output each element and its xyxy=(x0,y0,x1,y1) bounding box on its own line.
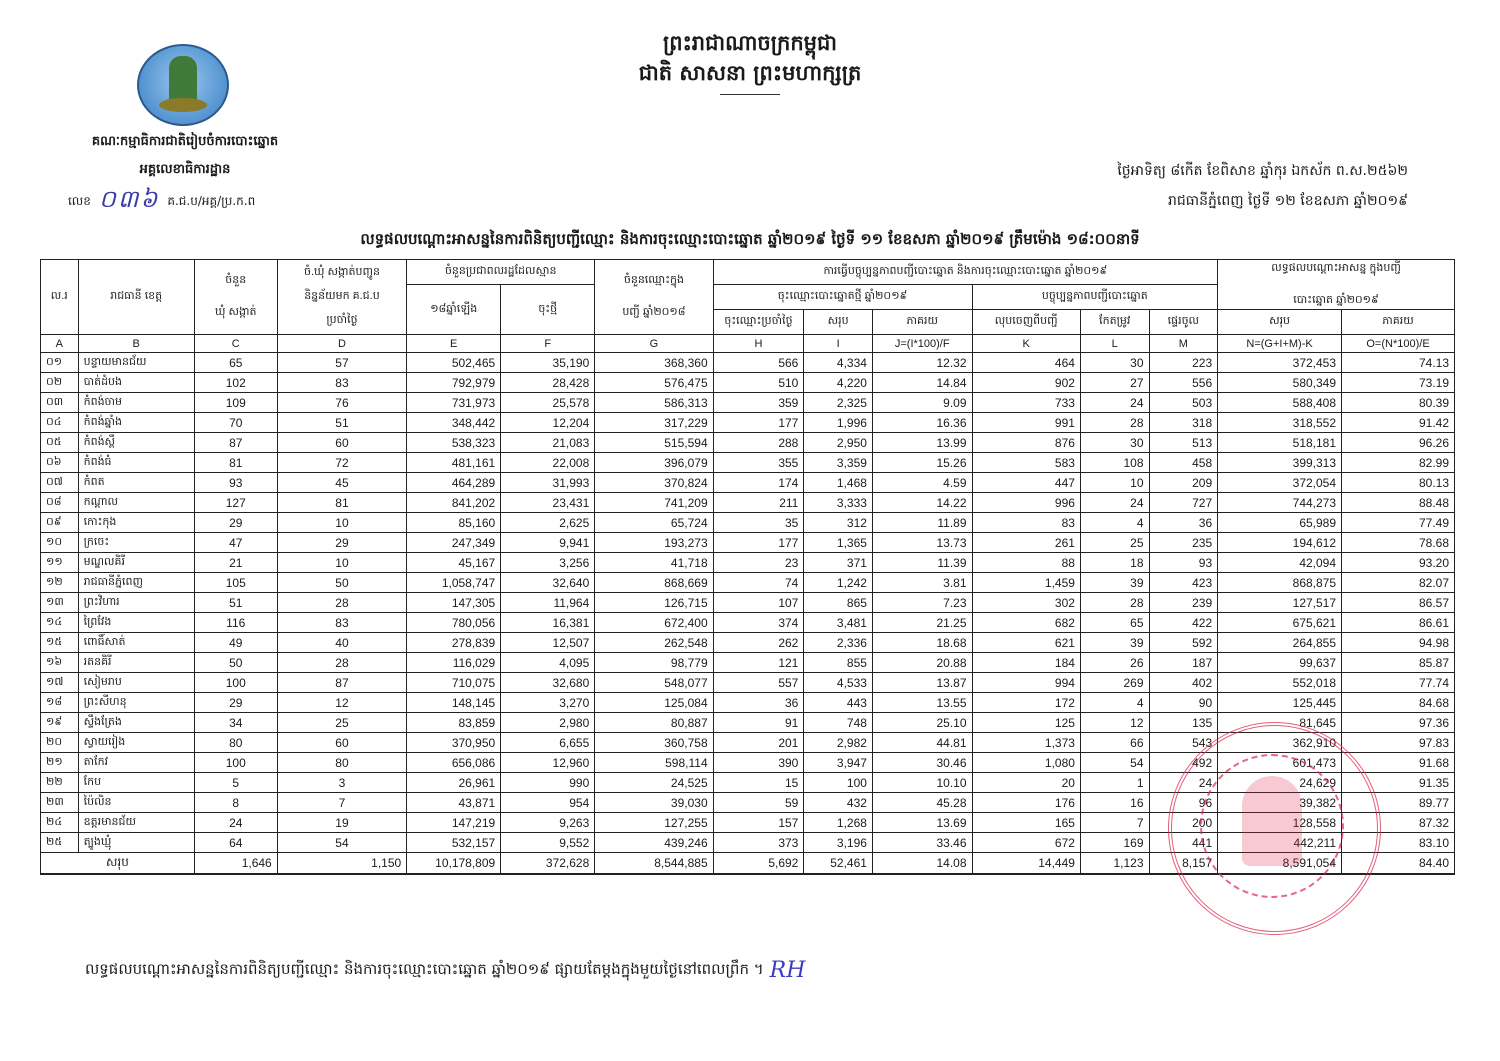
row-number: ១៣ xyxy=(41,593,79,613)
cell-i: 312 xyxy=(804,513,873,533)
cell-n: 362,910 xyxy=(1218,733,1342,753)
cell-l: 27 xyxy=(1080,373,1149,393)
cell-e: 532,157 xyxy=(407,833,501,853)
cell-h: 157 xyxy=(713,813,804,833)
cell-o: 80.39 xyxy=(1342,393,1455,413)
cell-g: 370,824 xyxy=(595,473,713,493)
cell-l: 169 xyxy=(1080,833,1149,853)
cell-m: 492 xyxy=(1149,753,1218,773)
cell-i: 1,365 xyxy=(804,533,873,553)
cell-n: 868,875 xyxy=(1218,573,1342,593)
cell-k: 583 xyxy=(972,453,1080,473)
cell-e: 1,058,747 xyxy=(407,573,501,593)
cell-h: 177 xyxy=(713,413,804,433)
total-j: 14.08 xyxy=(872,853,972,875)
table-row: ០២បាត់ដំបង10283792,97928,428576,4755104,… xyxy=(41,373,1455,393)
cell-i: 748 xyxy=(804,713,873,733)
cell-c: 24 xyxy=(194,813,277,833)
cell-d: 87 xyxy=(277,673,406,693)
table-row: ១៦រតនគិរី5028116,0294,09598,77912185520.… xyxy=(41,653,1455,673)
cell-k: 464 xyxy=(972,353,1080,373)
row-number: ០៨ xyxy=(41,493,79,513)
cell-i: 4,220 xyxy=(804,373,873,393)
cell-d: 28 xyxy=(277,653,406,673)
row-number: ០៦ xyxy=(41,453,79,473)
cell-k: 184 xyxy=(972,653,1080,673)
cell-f: 9,941 xyxy=(501,533,595,553)
cell-e: 348,442 xyxy=(407,413,501,433)
cell-d: 45 xyxy=(277,473,406,493)
cell-j: 7.23 xyxy=(872,593,972,613)
header-population-group: ចំនួនប្រជាពលរដ្ឋដែលស្មាន xyxy=(407,260,595,285)
table-row: ០៥កំពង់ស្ពឺ8760538,32321,083515,5942882,… xyxy=(41,433,1455,453)
column-letter: A xyxy=(41,335,79,353)
cell-c: 100 xyxy=(194,753,277,773)
cell-h: 390 xyxy=(713,753,804,773)
cell-f: 32,640 xyxy=(501,573,595,593)
row-number: ០១ xyxy=(41,353,79,373)
cell-j: 44.81 xyxy=(872,733,972,753)
cell-i: 3,947 xyxy=(804,753,873,773)
header-percent: ភាគរយ xyxy=(872,310,972,335)
total-row: សរុប 1,646 1,150 10,178,809 372,628 8,54… xyxy=(41,853,1455,875)
cell-f: 954 xyxy=(501,793,595,813)
cell-k: 20 xyxy=(972,773,1080,793)
cell-f: 32,680 xyxy=(501,673,595,693)
province-name: កំពង់ឆ្នាំង xyxy=(78,413,194,433)
cell-g: 396,079 xyxy=(595,453,713,473)
cell-l: 28 xyxy=(1080,413,1149,433)
cell-l: 108 xyxy=(1080,453,1149,473)
cell-f: 3,256 xyxy=(501,553,595,573)
ornament-divider xyxy=(720,94,780,95)
cell-h: 262 xyxy=(713,633,804,653)
footer-note: លទ្ធផលបណ្ដោះអាសន្ននៃការពិនិត្យបញ្ជីឈ្មោះ… xyxy=(85,958,805,983)
cell-d: 10 xyxy=(277,513,406,533)
cell-e: 502,465 xyxy=(407,353,501,373)
table-row: ០៩កោះកុង291085,1602,62565,7243531211.898… xyxy=(41,513,1455,533)
province-name: ព្រះសីហនុ xyxy=(78,693,194,713)
header-total: សរុប xyxy=(804,310,873,335)
row-number: ០៥ xyxy=(41,433,79,453)
cell-m: 36 xyxy=(1149,513,1218,533)
cell-f: 12,960 xyxy=(501,753,595,773)
cell-i: 1,268 xyxy=(804,813,873,833)
total-o: 84.40 xyxy=(1342,853,1455,875)
cell-k: 176 xyxy=(972,793,1080,813)
cell-e: 278,839 xyxy=(407,633,501,653)
cell-h: 355 xyxy=(713,453,804,473)
province-name: តាកែវ xyxy=(78,753,194,773)
cell-o: 77.49 xyxy=(1342,513,1455,533)
row-number: ១៦ xyxy=(41,653,79,673)
cell-n: 194,612 xyxy=(1218,533,1342,553)
cell-i: 865 xyxy=(804,593,873,613)
table-body: ០១បន្ទាយមានជ័យ6557502,46535,190368,36056… xyxy=(41,353,1455,853)
column-letter: M xyxy=(1149,335,1218,353)
province-name: មណ្ឌលគិរី xyxy=(78,553,194,573)
cell-o: 91.42 xyxy=(1342,413,1455,433)
cell-o: 88.48 xyxy=(1342,493,1455,513)
cell-n: 518,181 xyxy=(1218,433,1342,453)
cell-c: 80 xyxy=(194,733,277,753)
cell-n: 372,054 xyxy=(1218,473,1342,493)
cell-m: 318 xyxy=(1149,413,1218,433)
cell-f: 12,507 xyxy=(501,633,595,653)
cell-e: 45,167 xyxy=(407,553,501,573)
cell-g: 80,887 xyxy=(595,713,713,733)
cell-m: 223 xyxy=(1149,353,1218,373)
header-daily: ចុះឈ្មោះប្រចាំថ្ងៃ xyxy=(713,310,804,335)
cell-o: 86.57 xyxy=(1342,593,1455,613)
ref-handwritten-number: ០៣៦ xyxy=(99,184,160,219)
cell-c: 50 xyxy=(194,653,277,673)
cell-f: 4,095 xyxy=(501,653,595,673)
cell-j: 14.84 xyxy=(872,373,972,393)
cell-f: 2,980 xyxy=(501,713,595,733)
cell-i: 2,982 xyxy=(804,733,873,753)
cell-n: 372,453 xyxy=(1218,353,1342,373)
cell-c: 47 xyxy=(194,533,277,553)
province-name: ឧត្តរមានជ័យ xyxy=(78,813,194,833)
cell-d: 10 xyxy=(277,553,406,573)
cell-l: 25 xyxy=(1080,533,1149,553)
cell-e: 731,973 xyxy=(407,393,501,413)
footer-note-text: លទ្ធផលបណ្ដោះអាសន្ននៃការពិនិត្យបញ្ជីឈ្មោះ… xyxy=(85,960,764,982)
cell-c: 29 xyxy=(194,513,277,533)
cell-g: 127,255 xyxy=(595,813,713,833)
table-row: ១១មណ្ឌលគិរី211045,1673,25641,7182337111.… xyxy=(41,553,1455,573)
ref-prefix: លេខ xyxy=(68,193,91,211)
cell-k: 302 xyxy=(972,593,1080,613)
cell-o: 83.10 xyxy=(1342,833,1455,853)
province-name: ព្រះវិហារ xyxy=(78,593,194,613)
cell-j: 12.32 xyxy=(872,353,972,373)
cell-d: 3 xyxy=(277,773,406,793)
cell-f: 35,190 xyxy=(501,353,595,373)
cell-c: 81 xyxy=(194,453,277,473)
province-name: ត្បូងឃ្មុំ xyxy=(78,833,194,853)
cell-g: 125,084 xyxy=(595,693,713,713)
header-reported-communes: ចំ.ឃុំ សង្កាត់បញ្ជូននិន្នន័យមក គ.ជ.បប្រច… xyxy=(277,260,406,335)
cell-h: 15 xyxy=(713,773,804,793)
cell-m: 441 xyxy=(1149,833,1218,853)
column-letter: D xyxy=(277,335,406,353)
cell-m: 543 xyxy=(1149,733,1218,753)
cell-n: 744,273 xyxy=(1218,493,1342,513)
cell-l: 4 xyxy=(1080,693,1149,713)
cell-h: 557 xyxy=(713,673,804,693)
cell-l: 1 xyxy=(1080,773,1149,793)
cell-e: 83,859 xyxy=(407,713,501,733)
cell-d: 83 xyxy=(277,373,406,393)
column-letter: N=(G+I+M)-K xyxy=(1218,335,1342,353)
cell-n: 318,552 xyxy=(1218,413,1342,433)
header-deleted: លុបចេញពីបញ្ជី xyxy=(972,310,1080,335)
cell-g: 586,313 xyxy=(595,393,713,413)
total-h: 5,692 xyxy=(713,853,804,875)
cell-k: 682 xyxy=(972,613,1080,633)
cell-o: 85.87 xyxy=(1342,653,1455,673)
cell-g: 24,525 xyxy=(595,773,713,793)
kingdom-line-2: ជាតិ សាសនា ព្រះមហាក្សត្រ xyxy=(500,58,1000,88)
cell-i: 1,468 xyxy=(804,473,873,493)
cell-j: 21.25 xyxy=(872,613,972,633)
table-row: ២៣ប៉ៃលិន8743,87195439,0305943245.2817616… xyxy=(41,793,1455,813)
column-letter: F xyxy=(501,335,595,353)
cell-h: 35 xyxy=(713,513,804,533)
row-number: ០២ xyxy=(41,373,79,393)
cell-i: 1,996 xyxy=(804,413,873,433)
cell-m: 423 xyxy=(1149,573,1218,593)
cell-e: 538,323 xyxy=(407,433,501,453)
table-row: ១៩ស្ទឹងត្រែង342583,8592,98080,8879174825… xyxy=(41,713,1455,733)
column-letter: O=(N*100)/E xyxy=(1342,335,1455,353)
cell-e: 464,289 xyxy=(407,473,501,493)
cell-f: 25,578 xyxy=(501,393,595,413)
total-c: 1,646 xyxy=(194,853,277,875)
cell-j: 25.10 xyxy=(872,713,972,733)
date-block: ថ្ងៃអាទិត្យ ៨កើត ខែពិសាខ ឆ្នាំកុរ ឯកស័ក … xyxy=(1117,156,1408,216)
cell-l: 16 xyxy=(1080,793,1149,813)
total-f: 372,628 xyxy=(501,853,595,875)
province-name: កំពង់ធំ xyxy=(78,453,194,473)
total-n: 8,591,054 xyxy=(1218,853,1342,875)
column-letter-row: ABCDEFGHIJ=(I*100)/FKLMN=(G+I+M)-KO=(N*1… xyxy=(41,335,1455,353)
cell-g: 868,669 xyxy=(595,573,713,593)
row-number: ១២ xyxy=(41,573,79,593)
header-list-update-group: បច្ចុប្បន្នភាពបញ្ជីបោះឆ្នោត xyxy=(972,285,1218,310)
province-name: ព្រៃវែង xyxy=(78,613,194,633)
cell-d: 83 xyxy=(277,613,406,633)
province-name: បន្ទាយមានជ័យ xyxy=(78,353,194,373)
cell-m: 90 xyxy=(1149,693,1218,713)
cell-j: 3.81 xyxy=(872,573,972,593)
header-pop-new: ចុះថ្មី xyxy=(501,285,595,335)
table-row: ០៣កំពង់ចាម10976731,97325,578586,3133592,… xyxy=(41,393,1455,413)
column-letter: L xyxy=(1080,335,1149,353)
cell-o: 91.68 xyxy=(1342,753,1455,773)
cell-m: 458 xyxy=(1149,453,1218,473)
column-letter: C xyxy=(194,335,277,353)
cell-m: 556 xyxy=(1149,373,1218,393)
cell-o: 73.19 xyxy=(1342,373,1455,393)
province-name: ស្ទឹងត្រែង xyxy=(78,713,194,733)
cell-l: 7 xyxy=(1080,813,1149,833)
cell-i: 1,242 xyxy=(804,573,873,593)
cell-j: 11.39 xyxy=(872,553,972,573)
header-result-percent: ភាគរយ xyxy=(1342,310,1455,335)
province-name: រតនគិរី xyxy=(78,653,194,673)
cell-l: 24 xyxy=(1080,393,1149,413)
cell-n: 42,094 xyxy=(1218,553,1342,573)
cell-d: 40 xyxy=(277,633,406,653)
cell-i: 4,334 xyxy=(804,353,873,373)
cell-l: 65 xyxy=(1080,613,1149,633)
total-l: 1,123 xyxy=(1080,853,1149,875)
cell-e: 26,961 xyxy=(407,773,501,793)
cell-k: 88 xyxy=(972,553,1080,573)
cell-o: 77.74 xyxy=(1342,673,1455,693)
cell-n: 81,645 xyxy=(1218,713,1342,733)
cell-g: 126,715 xyxy=(595,593,713,613)
cell-c: 5 xyxy=(194,773,277,793)
cell-g: 65,724 xyxy=(595,513,713,533)
cell-h: 36 xyxy=(713,693,804,713)
cell-m: 135 xyxy=(1149,713,1218,733)
cell-n: 65,989 xyxy=(1218,513,1342,533)
cell-f: 9,263 xyxy=(501,813,595,833)
row-number: ០៧ xyxy=(41,473,79,493)
cell-m: 187 xyxy=(1149,653,1218,673)
cell-e: 841,202 xyxy=(407,493,501,513)
table-row: ០៦កំពង់ធំ8172481,16122,008396,0793553,35… xyxy=(41,453,1455,473)
reference-number: លេខ ០៣៦ គ.ជ.ប/អគ្គ/ប្រ.ក.ព xyxy=(68,184,255,219)
cell-g: 368,360 xyxy=(595,353,713,373)
cell-j: 13.99 xyxy=(872,433,972,453)
cell-h: 23 xyxy=(713,553,804,573)
cell-j: 10.10 xyxy=(872,773,972,793)
kingdom-motto: ព្រះរាជាណាចក្រកម្ពុជា ជាតិ សាសនា ព្រះមហា… xyxy=(500,28,1000,95)
table-row: ១៥ពោធិ៍សាត់4940278,83912,507262,5482622,… xyxy=(41,633,1455,653)
table-row: ១០ក្រចេះ4729247,3499,941193,2731771,3651… xyxy=(41,533,1455,553)
cell-o: 96.26 xyxy=(1342,433,1455,453)
cell-f: 23,431 xyxy=(501,493,595,513)
row-number: ២៣ xyxy=(41,793,79,813)
total-k: 14,449 xyxy=(972,853,1080,875)
total-m: 8,157 xyxy=(1149,853,1218,875)
column-letter: K xyxy=(972,335,1080,353)
cell-k: 621 xyxy=(972,633,1080,653)
row-number: ១៩ xyxy=(41,713,79,733)
ref-suffix: គ.ជ.ប/អគ្គ/ប្រ.ក.ព xyxy=(167,193,255,211)
table-row: ១២រាជធានីភ្នំពេញ105501,058,74732,640868,… xyxy=(41,573,1455,593)
cell-i: 855 xyxy=(804,653,873,673)
province-name: ស្វាយរៀង xyxy=(78,733,194,753)
cell-h: 121 xyxy=(713,653,804,673)
cell-g: 39,030 xyxy=(595,793,713,813)
table-row: ២១តាកែវ10080656,08612,960598,1143903,947… xyxy=(41,753,1455,773)
cell-k: 1,373 xyxy=(972,733,1080,753)
cell-g: 317,229 xyxy=(595,413,713,433)
cell-f: 6,655 xyxy=(501,733,595,753)
cell-l: 269 xyxy=(1080,673,1149,693)
total-i: 52,461 xyxy=(804,853,873,875)
cell-l: 12 xyxy=(1080,713,1149,733)
total-d: 1,150 xyxy=(277,853,406,875)
nec-logo-icon xyxy=(137,44,229,126)
cell-f: 2,625 xyxy=(501,513,595,533)
cell-k: 261 xyxy=(972,533,1080,553)
cell-d: 19 xyxy=(277,813,406,833)
cell-c: 34 xyxy=(194,713,277,733)
row-number: ២៥ xyxy=(41,833,79,853)
cell-i: 2,950 xyxy=(804,433,873,453)
cell-c: 109 xyxy=(194,393,277,413)
cell-i: 3,333 xyxy=(804,493,873,513)
cell-h: 74 xyxy=(713,573,804,593)
cell-f: 3,270 xyxy=(501,693,595,713)
province-name: សៀមរាប xyxy=(78,673,194,693)
cell-f: 12,204 xyxy=(501,413,595,433)
cell-k: 672 xyxy=(972,833,1080,853)
cell-d: 25 xyxy=(277,713,406,733)
row-number: ០៩ xyxy=(41,513,79,533)
cell-m: 592 xyxy=(1149,633,1218,653)
cell-j: 18.68 xyxy=(872,633,972,653)
cell-k: 876 xyxy=(972,433,1080,453)
cell-f: 11,964 xyxy=(501,593,595,613)
total-g: 8,544,885 xyxy=(595,853,713,875)
cell-j: 16.36 xyxy=(872,413,972,433)
cell-c: 93 xyxy=(194,473,277,493)
cell-o: 82.99 xyxy=(1342,453,1455,473)
cell-o: 97.36 xyxy=(1342,713,1455,733)
cell-c: 65 xyxy=(194,353,277,373)
cell-m: 209 xyxy=(1149,473,1218,493)
row-number: ០៤ xyxy=(41,413,79,433)
cell-n: 675,621 xyxy=(1218,613,1342,633)
cell-n: 128,558 xyxy=(1218,813,1342,833)
cell-d: 76 xyxy=(277,393,406,413)
cell-m: 402 xyxy=(1149,673,1218,693)
cell-m: 727 xyxy=(1149,493,1218,513)
cell-k: 83 xyxy=(972,513,1080,533)
province-name: កែប xyxy=(78,773,194,793)
cell-e: 43,871 xyxy=(407,793,501,813)
cell-c: 21 xyxy=(194,553,277,573)
cell-c: 29 xyxy=(194,693,277,713)
province-name: បាត់ដំបង xyxy=(78,373,194,393)
cell-h: 359 xyxy=(713,393,804,413)
cell-f: 990 xyxy=(501,773,595,793)
cell-m: 96 xyxy=(1149,793,1218,813)
date-lunar: ថ្ងៃអាទិត្យ ៨កើត ខែពិសាខ ឆ្នាំកុរ ឯកស័ក … xyxy=(1117,156,1408,186)
org-line-2: អគ្គលេខាធិការដ្ឋាន xyxy=(60,156,310,184)
column-letter: B xyxy=(78,335,194,353)
cell-e: 481,161 xyxy=(407,453,501,473)
cell-g: 548,077 xyxy=(595,673,713,693)
column-letter: H xyxy=(713,335,804,353)
kingdom-line-1: ព្រះរាជាណាចក្រកម្ពុជា xyxy=(500,28,1000,58)
cell-n: 264,855 xyxy=(1218,633,1342,653)
cell-g: 515,594 xyxy=(595,433,713,453)
column-letter: J=(I*100)/F xyxy=(872,335,972,353)
table-row: ១៨ព្រះសីហនុ2912148,1453,270125,084364431… xyxy=(41,693,1455,713)
row-number: ០៣ xyxy=(41,393,79,413)
cell-l: 30 xyxy=(1080,353,1149,373)
cell-n: 552,018 xyxy=(1218,673,1342,693)
province-name: កណ្ដាល xyxy=(78,493,194,513)
cell-l: 4 xyxy=(1080,513,1149,533)
cell-j: 45.28 xyxy=(872,793,972,813)
cell-c: 105 xyxy=(194,573,277,593)
cell-e: 792,979 xyxy=(407,373,501,393)
cell-d: 54 xyxy=(277,833,406,853)
cell-d: 60 xyxy=(277,433,406,453)
cell-o: 94.98 xyxy=(1342,633,1455,653)
cell-d: 29 xyxy=(277,533,406,553)
cell-h: 174 xyxy=(713,473,804,493)
cell-n: 99,637 xyxy=(1218,653,1342,673)
cell-l: 28 xyxy=(1080,593,1149,613)
cell-h: 211 xyxy=(713,493,804,513)
org-line-1: គណៈកម្មាធិការជាតិរៀបចំការបោះឆ្នោត xyxy=(60,128,310,156)
row-number: ១៧ xyxy=(41,673,79,693)
cell-g: 576,475 xyxy=(595,373,713,393)
cell-i: 4,533 xyxy=(804,673,873,693)
cell-j: 11.89 xyxy=(872,513,972,533)
